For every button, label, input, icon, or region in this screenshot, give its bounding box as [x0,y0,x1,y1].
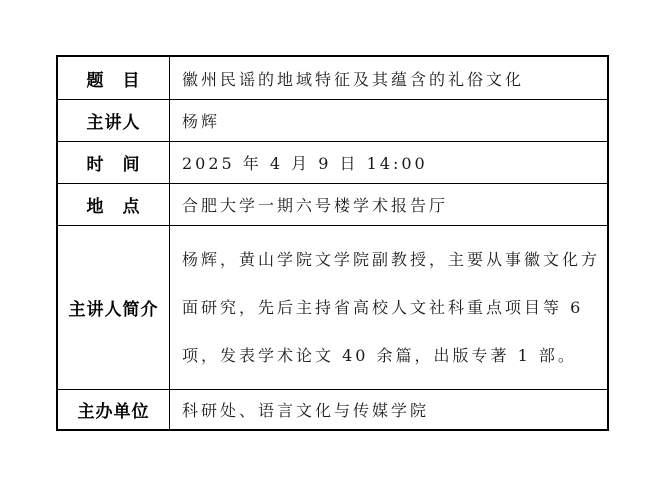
row-value-location: 合肥大学一期六号楼学术报告厅 [170,184,607,225]
row-label-location: 地 点 [58,184,170,225]
row-label-speaker-bio: 主讲人简介 [58,226,170,389]
lecture-info-table: 题 目 徽州民谣的地域特征及其蕴含的礼俗文化 主讲人 杨辉 时 间 2025 年… [56,55,609,431]
table-row-speaker-bio: 主讲人简介 杨辉，黄山学院文学院副教授，主要从事徽文化方 面研究，先后主持省高校… [58,225,607,389]
table-row-organizer: 主办单位 科研处、语言文化与传媒学院 [58,389,607,429]
table-row-time: 时 间 2025 年 4 月 9 日 14:00 [58,141,607,183]
document-page: 题 目 徽州民谣的地域特征及其蕴含的礼俗文化 主讲人 杨辉 时 间 2025 年… [0,0,666,484]
table-row-speaker: 主讲人 杨辉 [58,99,607,141]
row-label-time: 时 间 [58,142,170,183]
row-value-title: 徽州民谣的地域特征及其蕴含的礼俗文化 [170,57,607,99]
row-label-speaker: 主讲人 [58,100,170,141]
bio-line-3: 项，发表学术论文 40 余篇，出版专著 1 部。 [182,332,577,380]
row-value-time: 2025 年 4 月 9 日 14:00 [170,142,607,183]
row-label-title: 题 目 [58,57,170,99]
bio-line-1: 杨辉，黄山学院文学院副教授，主要从事徽文化方 [182,236,600,284]
table-row-title: 题 目 徽州民谣的地域特征及其蕴含的礼俗文化 [58,57,607,99]
row-value-speaker: 杨辉 [170,100,607,141]
row-label-organizer: 主办单位 [58,390,170,429]
row-value-organizer: 科研处、语言文化与传媒学院 [170,390,607,429]
bio-line-2: 面研究，先后主持省高校人文社科重点项目等 6 [182,284,583,332]
table-row-location: 地 点 合肥大学一期六号楼学术报告厅 [58,183,607,225]
row-value-speaker-bio: 杨辉，黄山学院文学院副教授，主要从事徽文化方 面研究，先后主持省高校人文社科重点… [170,226,608,389]
